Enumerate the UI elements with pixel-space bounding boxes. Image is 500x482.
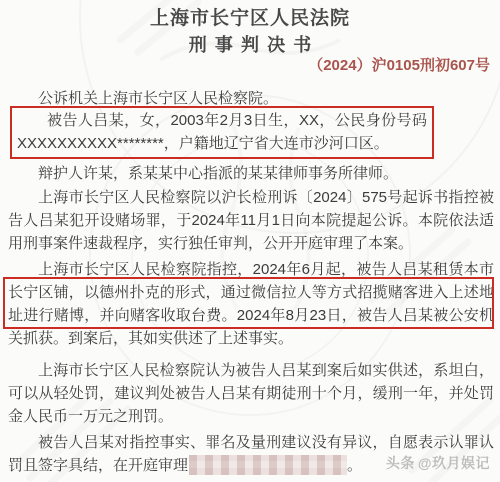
toutiao-watermark: 头条@玖月娱记 [383,453,490,473]
text-line: 被告人吕某，女，2003年2月3日生，XX，公民身份号码 [17,109,427,132]
text-fragment: 罚且签字具结，在开庭审理 [8,457,188,474]
text-line: 可以从轻处罚，建议判处被告人吕某有期徒刑十个月，缓刑一年，并处罚 [8,382,494,405]
text-line: 上海市长宁区人民检察院指控，2024年6月起，被告人吕某租赁本市 [8,258,494,281]
text-line: 上海市长宁区人民检察院以沪长检刑诉〔2024〕575号起诉书指控被 [8,186,494,209]
para-indictment: 上海市长宁区人民检察院以沪长检刑诉〔2024〕575号起诉书指控被告人吕某犯开设… [8,186,494,255]
para-prosecution-opinion: 上海市长宁区人民检察院认为被告人吕某到案后如实供述，系坦白，可以从轻处罚，建议判… [8,359,494,428]
text-line: 用刑事案件速裁程序，实行独任审判，公开开庭审理了本案。 [8,232,494,255]
text-line: 被告人吕某对指控事实、罪名及量刑建议没有异议，自愿表示认罪认 [8,431,494,454]
text-line: 关抓获。到案后，其如实供述了上述事实。 [8,327,494,350]
watermark-handle: @玖月娱记 [418,455,490,471]
text-fragment: 。 [347,457,362,474]
mosaic-redaction [189,455,347,475]
court-name: 上海市长宁区人民法院 [0,8,500,30]
judgment-document: { "header": { "court_name": "上海市长宁区人民法院"… [0,0,500,482]
text-line: 金人民币一万元之刑罚。 [8,405,494,428]
defendant-info-highlight-box: 被告人吕某，女，2003年2月3日生，XX，公民身份号码XXXXXXXXXX**… [10,106,434,159]
document-type-title: 刑事判决书 [0,34,500,56]
text-line: XXXXXXXXXX********，户籍地辽宁省大连市沙河口区。 [17,132,427,155]
para-allegation: 上海市长宁区人民检察院指控，2024年6月起，被告人吕某租赁本市长宁区铺，以德州… [8,258,494,350]
text-line: 长宁区铺，以德州扑克的形式，通过微信拉人等方式招揽赌客进入上述地 [8,281,494,304]
watermark-brand: 头条 [386,455,415,471]
document-page: 上海市长宁区人民法院 刑事判决书 （2024）沪0105刑初607号 公诉机关上… [0,0,500,482]
text-line: 辩护人许某，系某某中心指派的某某律师事务所律师。 [8,162,494,185]
para-defender: 辩护人许某，系某某中心指派的某某律师事务所律师。 [8,162,494,185]
case-number: （2024）沪0105刑初607号 [308,56,490,76]
text-line: 告人吕某犯开设赌场罪，于2024年11月1日向本院提起公诉。本院依法适 [8,209,494,232]
text-line: 上海市长宁区人民检察院认为被告人吕某到案后如实供述，系坦白， [8,359,494,382]
text-line: 址进行赌博，并向赌客收取台费。2024年8月23日，被告人吕某被公安机 [8,304,494,327]
